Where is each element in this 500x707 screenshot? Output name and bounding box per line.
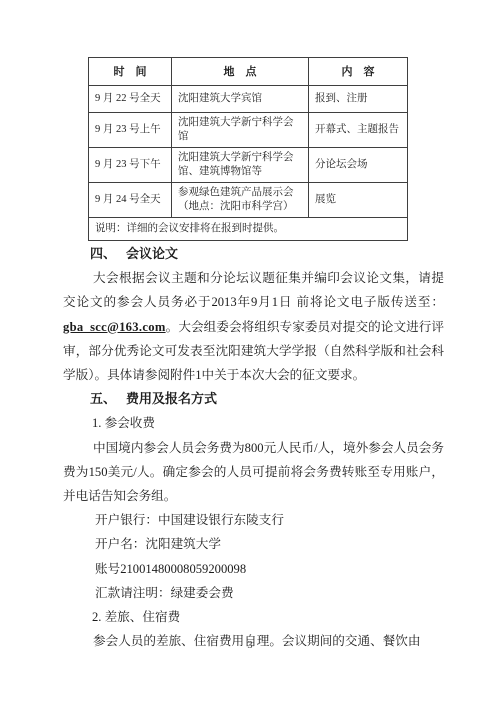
account-name-line: 开户名：沈阳建筑大学	[63, 532, 444, 556]
fee-item-2-label: 2. 差旅、住宿费	[63, 605, 444, 629]
section-number: 四、	[90, 246, 116, 261]
section-title: 会议论文	[126, 246, 178, 261]
schedule-content: 报到、注册	[309, 86, 408, 113]
document-body: 四、会议论文 大会根据会议主题和分论坛议题征集并编印会议论文集，请提交论文的参会…	[63, 242, 444, 653]
table-note-row: 说明：详细的会议安排将在报到时提供。	[89, 218, 408, 241]
page-number: 3	[0, 639, 500, 653]
schedule-time: 9 月 23 号下午	[89, 148, 172, 183]
schedule-location: 沈阳建筑大学宾馆	[172, 86, 309, 113]
schedule-time: 9 月 23 号上午	[89, 113, 172, 148]
schedule-time: 9 月 24 号全天	[89, 183, 172, 218]
table-header-row: 时 间 地 点 内 容	[89, 58, 408, 86]
table-note: 说明：详细的会议安排将在报到时提供。	[89, 218, 408, 241]
table-header-location: 地 点	[172, 58, 309, 86]
document-page: 时 间 地 点 内 容 9 月 22 号全天 沈阳建筑大学宾馆 报到、注册 9 …	[0, 0, 500, 707]
section-number: 五、	[90, 391, 116, 406]
schedule-location: 沈阳建筑大学新宁科学会馆、建筑博物馆等	[172, 148, 309, 183]
remittance-note-line: 汇款请注明：绿建委会费	[63, 581, 444, 605]
fee-item-1-paragraph: 中国境内参会人员会务费为800元人民币/人，境外参会人员会务费为150美元/人。…	[63, 436, 444, 509]
section4-paragraph: 大会根据会议主题和分论坛议题征集并编印会议论文集，请提交论文的参会人员务必于20…	[63, 266, 444, 387]
table-header-time: 时 间	[89, 58, 172, 86]
schedule-content: 展览	[309, 183, 408, 218]
section-heading-4: 四、会议论文	[63, 242, 444, 266]
table-row: 9 月 24 号全天 参观绿色建筑产品展示会（地点：沈阳市科学宫） 展览	[89, 183, 408, 218]
table-row: 9 月 22 号全天 沈阳建筑大学宾馆 报到、注册	[89, 86, 408, 113]
schedule-location: 沈阳建筑大学新宁科学会馆	[172, 113, 309, 148]
fee-item-1-label: 1. 参会收费	[63, 411, 444, 435]
conference-schedule-table: 时 间 地 点 内 容 9 月 22 号全天 沈阳建筑大学宾馆 报到、注册 9 …	[88, 57, 408, 241]
section-heading-5: 五、费用及报名方式	[63, 387, 444, 411]
account-number-line: 账号21001480008059200098	[63, 557, 444, 581]
table-header-content: 内 容	[309, 58, 408, 86]
table-row: 9 月 23 号下午 沈阳建筑大学新宁科学会馆、建筑博物馆等 分论坛会场	[89, 148, 408, 183]
paragraph-text: 大会根据会议主题和分论坛议题征集并编印会议论文集，请提交论文的参会人员务必于20…	[63, 271, 444, 309]
section-title: 费用及报名方式	[126, 391, 217, 406]
schedule-content: 开幕式、主题报告	[309, 113, 408, 148]
schedule-location: 参观绿色建筑产品展示会（地点：沈阳市科学宫）	[172, 183, 309, 218]
schedule-content: 分论坛会场	[309, 148, 408, 183]
schedule-time: 9 月 22 号全天	[89, 86, 172, 113]
table-row: 9 月 23 号上午 沈阳建筑大学新宁科学会馆 开幕式、主题报告	[89, 113, 408, 148]
email-link[interactable]: gba_scc@163.com	[63, 320, 166, 334]
bank-name-line: 开户银行：中国建设银行东陵支行	[63, 508, 444, 532]
